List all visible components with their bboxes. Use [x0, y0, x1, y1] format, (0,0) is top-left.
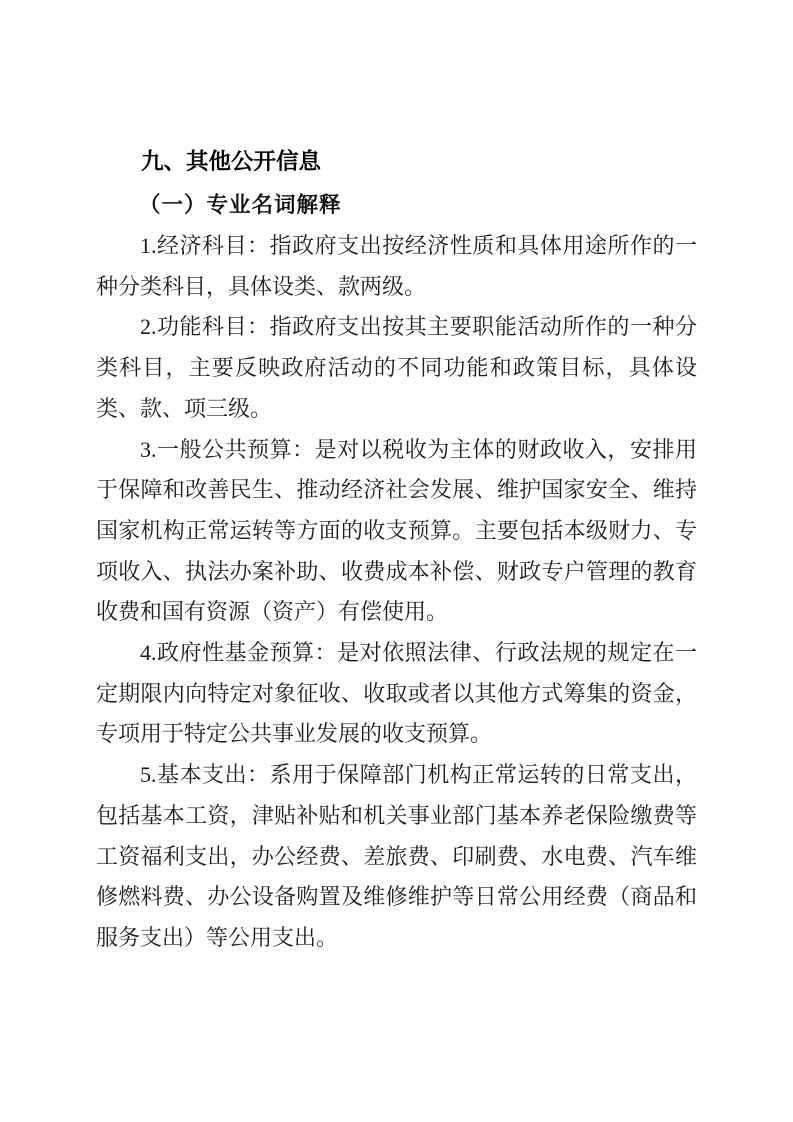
subsection-heading: （一）专业名词解释: [96, 184, 697, 226]
definition-paragraph-functional-subjects: 2.功能科目：指政府支出按其主要职能活动所作的一种分类科目，主要反映政府活动的不…: [96, 307, 697, 429]
document-page: 九、其他公开信息 （一）专业名词解释 1.经济科目：指政府支出按经济性质和具体用…: [0, 0, 793, 1122]
section-heading: 九、其他公开信息: [96, 140, 697, 184]
definition-paragraph-economic-subjects: 1.经济科目：指政府支出按经济性质和具体用途所作的一种分类科目，具体设类、款两级…: [96, 226, 697, 307]
definition-paragraph-general-public-budget: 3.一般公共预算：是对以税收为主体的财政收入，安排用于保障和改善民生、推动经济社…: [96, 430, 697, 634]
definition-paragraph-basic-expenditure: 5.基本支出：系用于保障部门机构正常运转的日常支出，包括基本工资，津贴补贴和机关…: [96, 755, 697, 959]
document-content: 九、其他公开信息 （一）专业名词解释 1.经济科目：指政府支出按经济性质和具体用…: [96, 140, 697, 959]
definition-paragraph-government-fund-budget: 4.政府性基金预算：是对依照法律、行政法规的规定在一定期限内向特定对象征收、收取…: [96, 633, 697, 755]
